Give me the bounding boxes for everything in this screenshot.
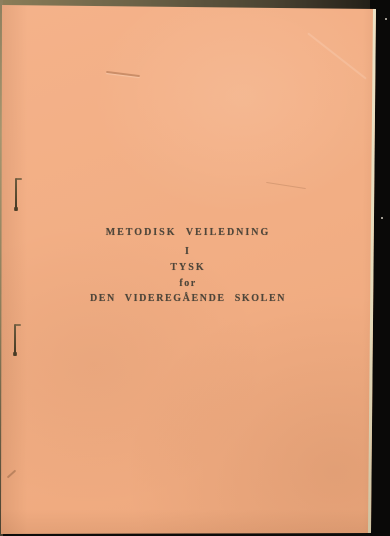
title-line-3: TYSK — [0, 262, 376, 273]
title-line-4: for — [0, 278, 376, 289]
staple-icon — [14, 324, 16, 356]
staple-icon — [15, 178, 17, 211]
title-line-2: I — [0, 246, 376, 257]
title-line-1: METODISK VEILEDNING — [0, 227, 376, 238]
booklet-photo: METODISK VEILEDNING I TYSK for DEN VIDER… — [0, 0, 390, 536]
title-block: METODISK VEILEDNING I TYSK for DEN VIDER… — [0, 227, 376, 304]
title-line-5: DEN VIDEREGÅENDE SKOLEN — [0, 293, 376, 304]
booklet-cover: METODISK VEILEDNING I TYSK for DEN VIDER… — [0, 0, 390, 536]
dust-speck — [381, 217, 383, 219]
dust-speck — [385, 18, 387, 20]
